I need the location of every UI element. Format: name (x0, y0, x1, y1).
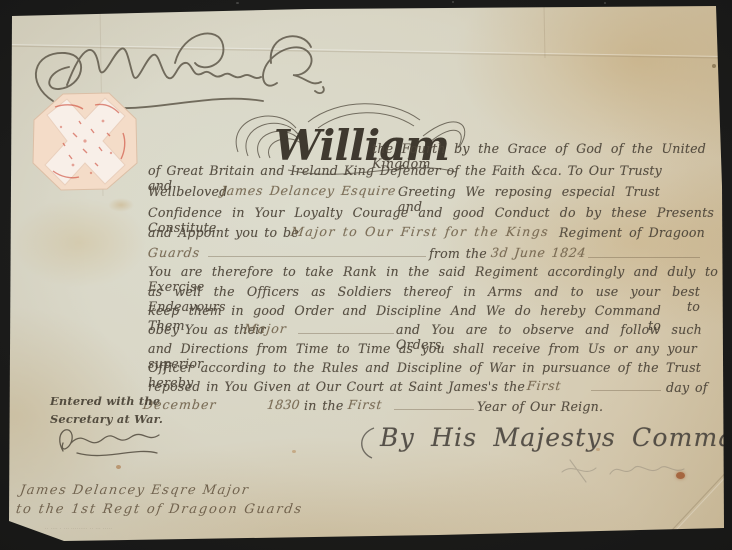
manuscript-insertion: Guards (147, 245, 201, 260)
dust-speck (604, 2, 606, 4)
stain-spot (108, 198, 134, 212)
body-line: Year of Our Reign. (477, 399, 603, 414)
body-line: from the (429, 246, 487, 261)
paper-flaw-dot (712, 64, 716, 68)
manuscript-insertion: Major (243, 321, 287, 336)
body-line: day of (666, 380, 708, 395)
docket-line-regiment: to the 1st Regt of Dragoon Guards (15, 502, 304, 517)
manuscript-insertion: First (526, 378, 562, 393)
dust-speck (236, 2, 239, 4)
pencil-annotation (558, 456, 708, 491)
command-flourish (356, 426, 378, 460)
blank-rule (394, 409, 474, 410)
photograph-background: William the Fourth by the Grace of God o… (0, 0, 732, 550)
body-line: and Appoint you to be (148, 225, 299, 240)
blank-rule (298, 333, 394, 334)
manuscript-insertion: 3d June 1824 (490, 245, 587, 260)
manuscript-insertion: First (347, 397, 383, 412)
manuscript-insertion: Major to Our First for the Kings (290, 224, 550, 239)
entered-with-note: Entered with the (50, 394, 160, 408)
body-line: Regiment of Dragoon (559, 225, 705, 240)
printer-imprint: ·· ···· · ··· ········· ·· ··· ····· (45, 526, 112, 531)
by-his-majestys-command: By His Majestys Command (380, 423, 732, 452)
rust-stain (292, 450, 296, 453)
body-line: Wellbeloved (148, 184, 227, 199)
red-wafer-seal (33, 93, 137, 190)
dust-speck (452, 1, 454, 3)
commission-document: William the Fourth by the Grace of God o… (8, 6, 724, 544)
blank-rule (591, 390, 661, 391)
manuscript-insertion: James Delancey Esquire (220, 183, 397, 198)
manuscript-insertion: 1830 (266, 397, 300, 412)
secretary-countersignature (53, 421, 168, 466)
blank-rule (588, 257, 700, 258)
docket-line-name: James Delancey Esqre Major (19, 483, 250, 498)
body-line: reposed in You Given at Our Court at Sai… (148, 379, 525, 394)
body-line: in the (304, 398, 343, 413)
blank-rule (208, 256, 426, 257)
